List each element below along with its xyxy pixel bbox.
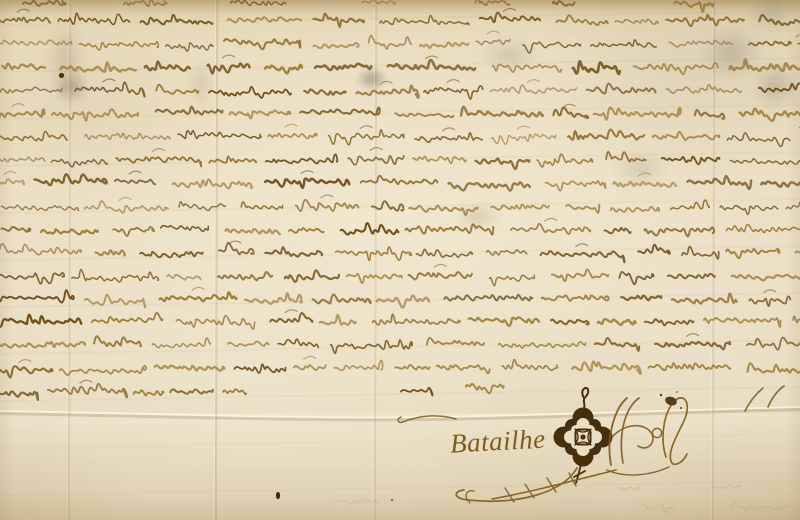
manuscript-line bbox=[0, 104, 800, 121]
manuscript-line bbox=[23, 0, 713, 12]
manuscript-line bbox=[466, 384, 504, 393]
manuscript-line bbox=[0, 380, 246, 399]
manuscript-line bbox=[618, 485, 741, 491]
manuscript-line bbox=[335, 499, 379, 504]
manuscript-line bbox=[1, 195, 800, 215]
manuscript-line bbox=[0, 310, 800, 329]
manuscript-line bbox=[0, 148, 800, 169]
signature-flourish bbox=[456, 468, 616, 503]
manuscript-line bbox=[2, 55, 799, 74]
manuscript-line bbox=[0, 241, 800, 262]
manuscript-line bbox=[0, 287, 790, 307]
handwriting-lines bbox=[0, 0, 800, 513]
parchment-document: Batailhe bbox=[0, 0, 800, 520]
manuscript-line bbox=[0, 79, 800, 99]
manuscript-line bbox=[0, 9, 800, 27]
paraph-monogram-icon bbox=[607, 391, 687, 475]
manuscript-line bbox=[0, 356, 800, 377]
manuscript-line bbox=[0, 124, 800, 146]
manuscript-line bbox=[0, 171, 800, 191]
manuscript-line bbox=[2, 218, 800, 236]
manuscript-line bbox=[642, 502, 789, 512]
manuscript-line bbox=[0, 265, 800, 286]
signature-name: Batailhe bbox=[449, 424, 546, 459]
manuscript-line bbox=[0, 334, 800, 354]
manuscript-line bbox=[401, 388, 433, 396]
signature-block: Batailhe bbox=[398, 386, 784, 503]
manuscript-ink: Batailhe bbox=[0, 0, 800, 520]
manuscript-line bbox=[0, 31, 800, 53]
notary-knot-icon bbox=[554, 388, 613, 483]
